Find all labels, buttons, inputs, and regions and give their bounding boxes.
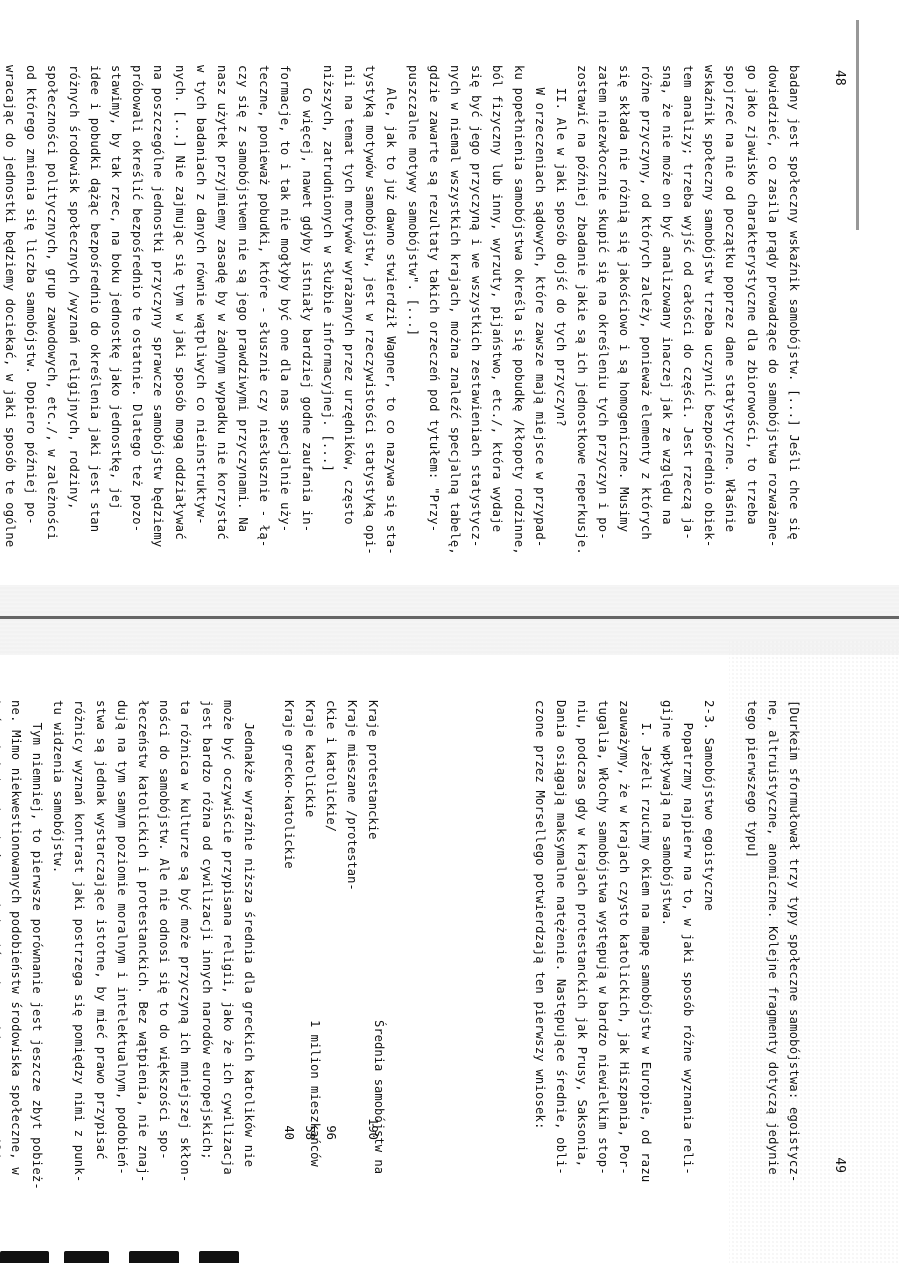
text-line: W orzeczeniach sądowych, które zawsze ma…	[529, 65, 550, 555]
text-line: spojrzeć na nie od początku poprzez dane…	[719, 65, 740, 555]
text-line: ku popełnienia samobójstwa określa się p…	[507, 65, 528, 555]
text-line: puszczalne motywy samobójstw". [...]	[401, 65, 422, 555]
text-line: społeczności politycznych, grup zawodowy…	[41, 65, 62, 555]
text-line: różne przyczyny, od których zależy, poni…	[635, 65, 656, 555]
row-value: 58	[299, 1100, 320, 1140]
text-line: stawimy, by tak rzec, na boku jednostkę …	[105, 65, 126, 555]
row-value: 40	[278, 1100, 299, 1140]
text-line: formacje, to i tak nie mogłyby być one d…	[274, 65, 295, 555]
table-row: Kraje grecko-katolickie40	[278, 700, 299, 1240]
text-line: próbowali określić bezpośrednio te ostat…	[126, 65, 147, 555]
text-line: zauważymy, że w krajach czysto katolicki…	[613, 700, 634, 1182]
row-label: ckie i katolickie/	[320, 700, 341, 832]
text-line: [Durkeim sformułował trzy typy społeczne…	[783, 700, 804, 1182]
row-label: Kraje grecko-katolickie	[278, 700, 299, 869]
text-line: nasz użytek przyjmiemy zasadę by w żadny…	[211, 65, 232, 555]
scanned-sheet: 48 badany jest społeczny wskaźnik samobó…	[0, 0, 899, 1263]
text-line: go jako zjawisko charakterystyczne dla z…	[740, 65, 761, 555]
text-line: ta różnica w kulturze są być może przycz…	[174, 700, 195, 1190]
row-value: 190	[362, 1100, 383, 1140]
text-line: II. Ale w jaki sposób dojść do tych przy…	[550, 65, 571, 555]
text-line: tystyką motywów samobójstw, jest w rzecz…	[359, 65, 380, 555]
text-line: różnicy wyznań kontrast jaki postrzega s…	[68, 700, 89, 1190]
text-line: od którego zmienia się liczba samobójstw…	[20, 65, 41, 555]
text-line: tugalia, Włochy samobójstwa występują w …	[592, 700, 613, 1182]
text-line: nii na temat tych motywów wyrażanych prz…	[338, 65, 359, 555]
page-fold-line	[0, 616, 899, 619]
row-value: 96	[320, 1100, 341, 1140]
scan-edge-mark	[856, 20, 859, 230]
page-body-continued: Jednakże wyraźnie niższa średnia dla gre…	[0, 700, 259, 1190]
binder-tabs	[0, 1233, 899, 1263]
page-number: 48	[832, 70, 847, 86]
text-line: czy się z samobójstwem nie są jego prawd…	[232, 65, 253, 555]
text-line: nych w niemal wszystkich krajach, można …	[444, 65, 465, 555]
text-line: badany jest społeczny wskaźnik samobójst…	[783, 65, 804, 555]
text-line: wskaźnik społeczny samobójstw trzeba ucz…	[698, 65, 719, 555]
text-line: 2-3. Samobójstwo egoistyczne	[698, 700, 719, 1182]
text-line: stwa są jednak wystarczające istotne, by…	[90, 700, 111, 1190]
text-line: czone przez Morsellego potwierdzają ten …	[529, 700, 550, 1182]
text-line: Popatrzmy najpierw na to, w jaki sposób …	[677, 700, 698, 1182]
table-row: Kraje protestanckie190	[362, 700, 383, 1240]
page-body: badany jest społeczny wskaźnik samobójst…	[0, 65, 804, 555]
text-line: ności do samobójstw. Ale nie odnosi się …	[153, 700, 174, 1190]
suicide-rate-table: Średnia samobójstw na 1 milion mieszkańc…	[325, 700, 431, 1240]
text-line: gdzie zawarte są rezultaty takich orzecz…	[423, 65, 444, 555]
table-row: Kraje katolickie58	[299, 700, 320, 1240]
text-line	[719, 700, 740, 1182]
row-label: Kraje protestanckie	[362, 700, 383, 839]
text-line: łeczeństw katolickich i protestanckich. …	[132, 700, 153, 1190]
text-line: Tym niemniej, to pierwsze porównanie jes…	[26, 700, 47, 1190]
text-line: ne, altruistyczne, anomiczne. Kolejne fr…	[762, 700, 783, 1182]
text-line: nych. [...] Nie zajmując się tym w jaki …	[168, 65, 189, 555]
row-label: Kraje mieszane /protestan-	[341, 700, 362, 891]
text-line: się składa nie różnią się jakościowo i s…	[613, 65, 634, 555]
text-line: zostawić na później zbadanie jakie są ic…	[571, 65, 592, 555]
page-49: 49 [Durkeim sformułował trzy typy społec…	[0, 640, 899, 1263]
page-intro: [Durkeim sformułował trzy typy społeczne…	[529, 700, 804, 1182]
text-line: których żyją mieszkańcy tych krajów nie …	[0, 700, 5, 1190]
text-line: niższych, zatrudnionych w służbie inform…	[317, 65, 338, 555]
text-line: dują na tym samym poziomie moralnym i in…	[111, 700, 132, 1190]
text-line: Dania osiągają maksymalne natężenie. Nas…	[550, 700, 571, 1182]
text-line: może być oczywiście przypisana religii, …	[217, 700, 238, 1190]
text-line: Ale, jak to już dawno stwierdził Wagner,…	[380, 65, 401, 555]
text-line: tu widzenia samobójstw.	[47, 700, 68, 1190]
row-label: Kraje katolickie	[299, 700, 320, 817]
text-line: dowiedzieć, co zasila prądy prowadzące d…	[762, 65, 783, 555]
text-line: I. Jeżeli rzucimy okiem na mapę samobójs…	[635, 700, 656, 1182]
text-line: idee i pobudki dążąc bezpośrednio do okr…	[84, 65, 105, 555]
text-line: jest bardzo różna od cywilizacji innych …	[195, 700, 216, 1190]
page-number: 49	[832, 1157, 847, 1173]
text-line: w tych badaniach z danych równie wątpliw…	[190, 65, 211, 555]
table-row: Kraje mieszane /protestan-	[341, 700, 362, 1240]
text-line: teczne, ponieważ pobudki, które - słuszn…	[253, 65, 274, 555]
text-line: sną, że nie może on być analizowany inac…	[656, 65, 677, 555]
table-row: ckie i katolickie/96	[320, 700, 341, 1240]
text-line: gijne wpływają na samobójstwa.	[656, 700, 677, 1182]
page-48: 48 badany jest społeczny wskaźnik samobó…	[0, 0, 899, 600]
text-line: Co więcej, nawet gdyby istniały bardziej…	[296, 65, 317, 555]
text-line: Jednakże wyraźnie niższa średnia dla gre…	[238, 700, 259, 1190]
text-line: niu, podczas gdy w krajach protestanckic…	[571, 700, 592, 1182]
text-line: tem analizy; trzeba wyjść od całości do …	[677, 65, 698, 555]
text-line: ból fizyczny lub inny, wyrzuty, pijaństw…	[486, 65, 507, 555]
text-line: ne. Mimo niekwestionowanych podobieństw …	[5, 700, 26, 1190]
text-line: wracając do jednostki będziemy dociekać,…	[0, 65, 20, 555]
text-line: się być jego przyczyną i we wszystkich z…	[465, 65, 486, 555]
text-line: tego pierwszego typu]	[740, 700, 761, 1182]
text-line: na poszczególne jednostki przyczyny spra…	[147, 65, 168, 555]
text-line: zatem niezwłocznie skupić się na określe…	[592, 65, 613, 555]
text-line: różnych środowisk społecznych /wyznań re…	[62, 65, 83, 555]
